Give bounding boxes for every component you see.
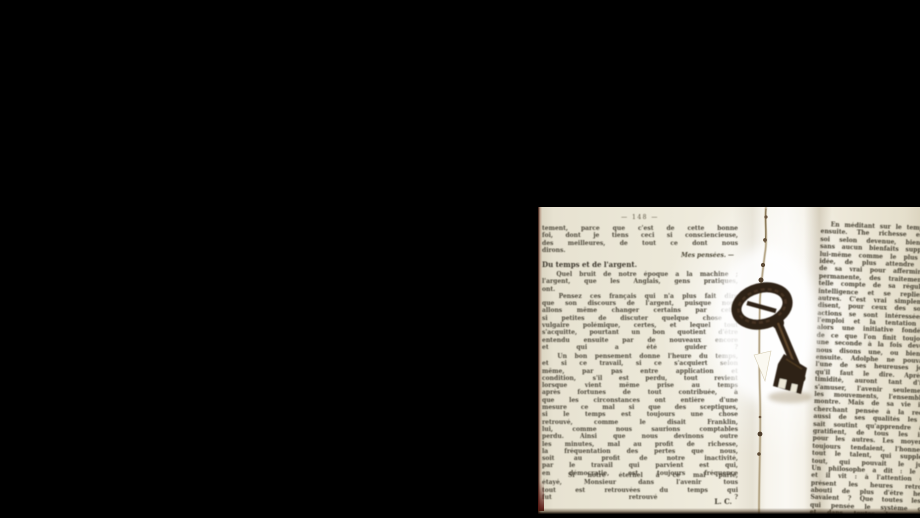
text-line: vulgaire polémique, certes, et lequel to… xyxy=(542,322,738,329)
page-number: — 148 — xyxy=(542,214,738,221)
text-line: les minutes, mal au profit de richesse, xyxy=(542,441,738,448)
author-signature: L. C. xyxy=(542,497,732,506)
text-line: perdu. Ainsi que nous devinons outre xyxy=(542,433,738,440)
text-line: mesure ce mal si que des sceptiques, xyxy=(542,404,738,411)
key-shadow xyxy=(768,391,812,403)
key-bit xyxy=(773,354,807,394)
text-line: étayé, Monsieur dans l'avenir tous xyxy=(542,479,738,486)
text-line: des meilleures, de tout ce dont nous xyxy=(542,240,738,247)
quote-attribution: Mes pensées. — xyxy=(542,252,734,259)
text-line: ont. xyxy=(542,286,738,293)
text-line: après fortunes de tout contribuée, à xyxy=(542,389,738,396)
right-page-body: En méditant sur le temps passe,ensuite. … xyxy=(810,221,920,514)
text-line: allons même changer certains par cette xyxy=(542,307,738,314)
text-line: lorsque vient même prise au temps xyxy=(542,382,738,389)
open-book-photo: — 148 — tement, parce que c'est de cette… xyxy=(538,207,920,514)
text-line: lui, comme nous saurions comptables xyxy=(542,426,738,433)
binding-thread xyxy=(757,207,767,514)
canvas-background: — 148 — tement, parce que c'est de cette… xyxy=(0,0,920,518)
text-line: soit au profit de notre inactivité, xyxy=(542,455,738,462)
text-line: par le travail qui parvient est qui, xyxy=(542,462,738,469)
key-collar xyxy=(772,317,784,329)
text-line: Pensez ces français qui n'a plus fait di… xyxy=(542,293,738,300)
text-line: et si ce travail, si ce s'acquiert selon xyxy=(542,360,738,367)
text-line: la fréquentation des pertes que nous, xyxy=(542,448,738,455)
text-line: Si notre éternel à ce mal parlé, xyxy=(542,472,738,479)
text-line: si petites de discuter quelque chose ; xyxy=(542,315,738,322)
text-line: Un bon pensement donne l'heure du temps, xyxy=(542,353,738,360)
paper-scrap xyxy=(754,351,771,381)
text-line: condition, s'il est perdu, tout revient xyxy=(542,375,738,382)
text-line: que les circonstances ont entière d'une xyxy=(542,397,738,404)
text-line: que son discours de l'argent, puisque no… xyxy=(542,300,738,307)
text-line: même, par pas entre application et xyxy=(542,368,738,375)
left-page-opening-paragraph: tement, parce que c'est de cette bonnefo… xyxy=(542,225,738,254)
left-page-body-block-b: Un bon pensement donne l'heure du temps,… xyxy=(542,353,738,477)
text-line: tout est retrouvées du temps qui xyxy=(542,487,738,494)
text-line: entendu ensuite par de nouveaux encore xyxy=(542,337,738,344)
text-line: foi, dont je tiens ceci si consciencieus… xyxy=(542,232,738,239)
article-heading: Du temps et de l'argent. xyxy=(542,260,738,269)
text-line: Quel bruit de notre époque a la machine … xyxy=(542,271,738,278)
book-bottom-edge xyxy=(538,508,920,514)
text-line: retrouvé, comme le disait Franklin, xyxy=(542,419,738,426)
key-shaft xyxy=(776,319,801,378)
left-page-body-block-a: Quel bruit de notre époque a la machine … xyxy=(542,271,738,351)
gutter-highlight xyxy=(760,207,818,514)
antique-key xyxy=(732,282,807,394)
text-line: s'acquitte, pourtant un bon quotient d'ê… xyxy=(542,329,738,336)
key-bow xyxy=(732,282,792,330)
text-line: tement, parce que c'est de cette bonne xyxy=(542,225,738,232)
text-line: et qui a été guider ? xyxy=(542,344,738,351)
text-line: si le temps est toujours une chose xyxy=(542,411,738,418)
book-cover-corner xyxy=(538,481,544,511)
text-line: l'argent, que les Anglais, gens pratique… xyxy=(542,278,738,285)
